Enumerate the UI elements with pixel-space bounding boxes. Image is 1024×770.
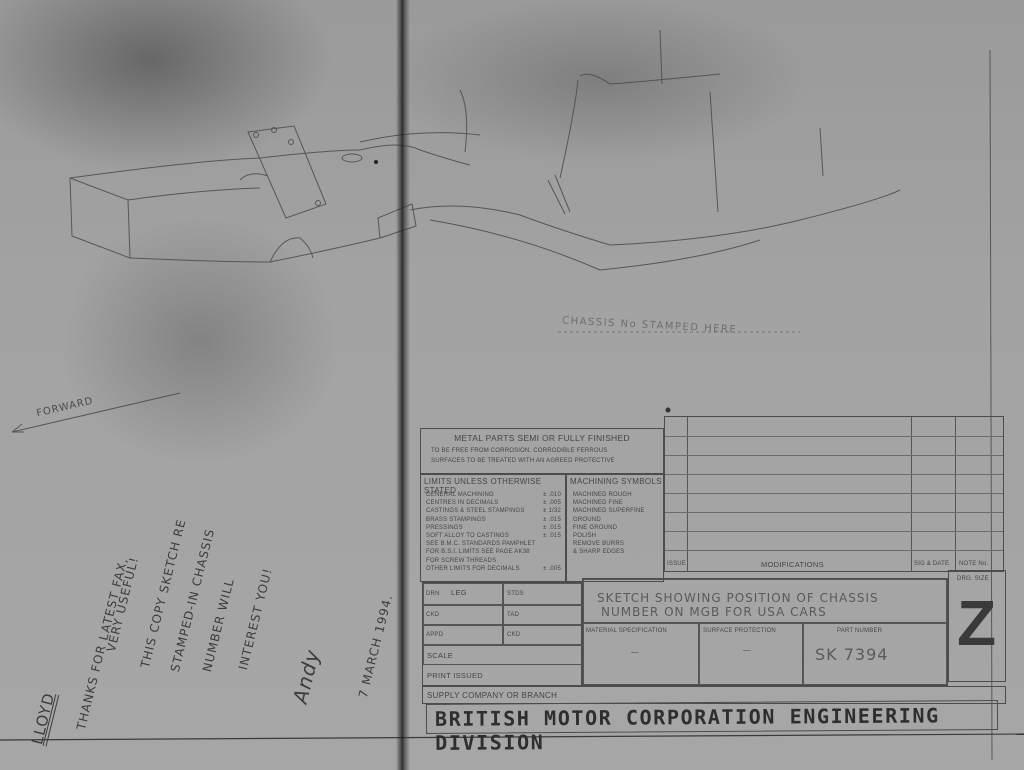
part-number-label: PART NUMBER [837,627,882,635]
surface-protection-value: — [743,645,751,654]
drawing-title-line1: SKETCH SHOWING POSITION OF CHASSIS [597,591,879,605]
limits-row: SEE B.M.C. STANDARDS PAMPHLET [426,540,561,548]
finish-notes-title: METAL PARTS SEMI OR FULLY FINISHED [421,433,663,443]
limits-row: SOFT ALLOY TO CASTINGS± .015 [426,532,561,540]
scale-label: SCALE [427,651,453,660]
ckd-label: CKD [426,611,439,619]
finish-notes-line: TO BE FREE FROM CORROSION. CORRODIBLE FE… [431,447,608,455]
limits-row: FOR B.S.I. LIMITS SEE PAGE AK38 [426,548,561,556]
page-fold [396,0,410,770]
approvals-block: DRN LEG STDS CKD TAD APPD CKD SCALE PRIN… [422,582,582,686]
header-modifications: MODIFICATIONS [761,560,824,569]
limits-box: LIMITS UNLESS OTHERWISE STATED GENERAL M… [420,474,566,582]
company-banner: BRITISH MOTOR CORPORATION ENGINEERING DI… [426,700,998,734]
tad-label: TAD [507,611,519,619]
limits-row: PRESSINGS± .015 [426,524,561,532]
drawing-size-value: Z [957,591,996,655]
machining-symbols-list: MACHINED ROUGHMACHINED FINEMACHINED SUPE… [573,491,661,557]
drawing-title-block: SKETCH SHOWING POSITION OF CHASSIS NUMBE… [582,578,948,686]
limits-row: CASTINGS & STEEL STAMPINGS± 1/32 [426,507,561,515]
surface-protection-label: SURFACE PROTECTION [703,627,776,635]
machining-symbol-item: GROUND [573,516,661,524]
part-number-value: SK 7394 [815,645,888,664]
material-spec-label: MATERIAL SPECIFICATION [586,627,667,635]
limits-list: GENERAL MACHINING± .010CENTRES IN DECIMA… [426,491,561,573]
header-note-no: NOTE No. [959,560,988,568]
finish-notes-box: METAL PARTS SEMI OR FULLY FINISHED TO BE… [420,428,664,474]
company-name: BRITISH MOTOR CORPORATION ENGINEERING DI… [435,703,997,755]
machining-symbol-item: MACHINED ROUGH [573,491,661,499]
drawing-title-line2: NUMBER ON MGB FOR USA CARS [601,605,827,619]
machining-symbol-item: & SHARP EDGES [573,548,661,556]
machining-symbols-box: MACHINING SYMBOLS MACHINED ROUGHMACHINED… [566,474,664,582]
supply-company-label: SUPPLY COMPANY OR BRANCH [427,691,557,700]
ckd2-label: CKD [507,631,520,639]
finish-notes-line: SURFACES TO BE TREATED WITH AN AGREED PR… [431,457,615,465]
material-spec-value: — [631,647,639,656]
drn-label: DRN [426,590,440,598]
limits-row: OTHER LIMITS FOR DECIMALS± .005 [426,565,561,573]
limits-row: BRASS STAMPINGS± .015 [426,516,561,524]
machining-symbol-item: FINE GROUND [573,524,661,532]
limits-row: GENERAL MACHINING± .010 [426,491,561,499]
drawing-size-label: DRG. SIZE [957,575,989,583]
limits-row: FOR SCREW THREADS [426,557,561,565]
header-issue: ISSUE [667,560,686,568]
drn-value: LEG [451,588,467,597]
header-sig-date: SIG & DATE [914,560,949,568]
drawing-size-box: DRG. SIZE Z [948,570,1006,682]
machining-symbols-title: MACHINING SYMBOLS [570,477,662,486]
limits-row: CENTRES IN DECIMALS± .005 [426,499,561,507]
machining-symbol-item: MACHINED FINE [573,499,661,507]
modifications-table: ISSUE MODIFICATIONS SIG & DATE NOTE No. [664,416,1004,572]
print-issued-label: PRINT ISSUED [427,671,483,680]
machining-symbol-item: MACHINED SUPERFINE [573,507,661,515]
appd-label: APPD [426,631,443,639]
machining-symbol-item: POLISH [573,532,661,540]
machining-symbol-item: REMOVE BURRS [573,540,661,548]
stds-label: STDS [507,590,524,598]
